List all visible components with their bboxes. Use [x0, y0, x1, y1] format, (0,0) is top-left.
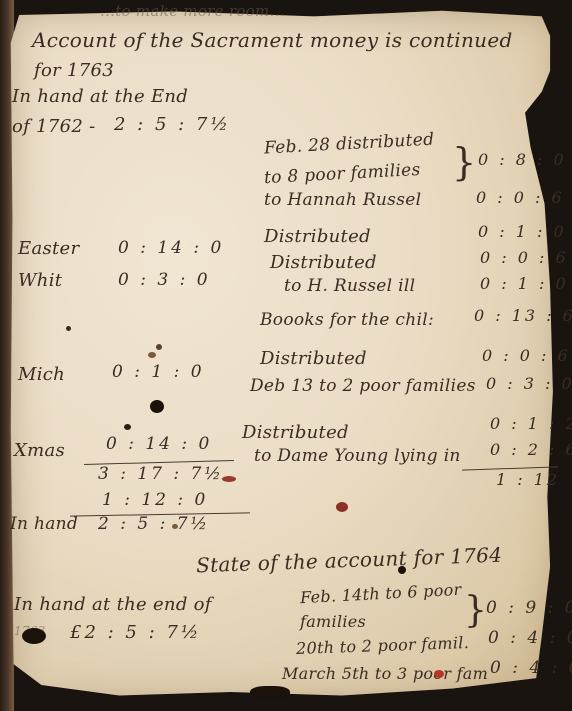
- ink-blot: [250, 686, 290, 700]
- heading-line-1: Account of the Sacrament money is contin…: [32, 28, 513, 52]
- opening-balance-label-1: In hand at the End: [12, 86, 188, 107]
- entry-1764-line: families: [300, 612, 366, 631]
- receipt-label: Xmas: [14, 440, 65, 461]
- disbursement-amount: 0 : 0 : 6: [480, 248, 569, 267]
- disbursement-line: to H. Russel ill: [284, 276, 415, 296]
- brace: }: [464, 590, 487, 631]
- receipt-amount: 0 : 14 : 0: [106, 434, 212, 454]
- disbursement-line: to Dame Young lying in: [254, 446, 461, 466]
- stain: [148, 352, 156, 358]
- scanned-page: ...to make more room... Account of the S…: [0, 0, 572, 711]
- receipt-amount: 0 : 14 : 0: [118, 238, 224, 258]
- receipt-label: Whit: [18, 270, 62, 291]
- red-stain: [222, 476, 236, 482]
- stain: [156, 344, 162, 350]
- disbursement-amount: 0 : 0 : 6: [482, 346, 571, 365]
- receipt-amount: 0 : 3 : 0: [118, 270, 211, 290]
- less-distributed: 1 : 12 : 0: [102, 490, 208, 510]
- entry-1764-line: March 5th to 3 poor fam: [282, 664, 488, 683]
- ink-blot: [398, 566, 406, 574]
- disbursement-line: Distributed: [260, 348, 367, 369]
- disbursement-line: Distributed: [242, 422, 349, 443]
- disbursement-amount: 0 : 1 : 0: [478, 222, 567, 241]
- disbursement-amount: 0 : 1 : 0: [480, 274, 569, 293]
- disbursement-line: Deb 13 to 2 poor families: [250, 376, 476, 396]
- brace: }: [452, 140, 476, 184]
- disbursement-line: to Hannah Russel: [264, 190, 421, 210]
- in-hand-amount: 2 : 5 : 7½: [98, 514, 210, 534]
- stain: [66, 326, 71, 331]
- disbursement-amount: 0 : 2 : 6: [490, 440, 572, 459]
- disbursement-amount: 0 : 3 : 0: [486, 374, 572, 393]
- in-hand-label: In hand: [10, 514, 78, 534]
- stain: [172, 524, 178, 529]
- entry-1764-amount: 0 : 4 : 0: [488, 628, 572, 648]
- opening-1764-label-1: In hand at the end of: [14, 594, 212, 615]
- receipt-amount: 0 : 1 : 0: [112, 362, 205, 382]
- opening-balance-label-2: of 1762 -: [12, 116, 96, 137]
- heading-line-2: for 1763: [34, 60, 114, 81]
- ink-blot: [124, 424, 131, 430]
- opening-1764-amount: £2 : 5 : 7½: [70, 622, 201, 643]
- receipt-label: Easter: [18, 238, 79, 259]
- disbursement-line: Boooks for the chil:: [260, 310, 434, 330]
- cut-top-line: ...to make more room...: [100, 2, 285, 20]
- disbursements-total: 1 : 12: [496, 470, 560, 489]
- disbursement-line: Distributed: [270, 252, 377, 273]
- red-stain: [434, 670, 444, 678]
- receipt-label: Mich: [18, 364, 65, 385]
- entry-1764-amount: 0 : 9 : 0: [486, 598, 572, 618]
- disbursement-amount: 0 : 1 : 2: [490, 414, 572, 433]
- receipts-subtotal: 3 : 17 : 7½: [98, 464, 224, 484]
- disbursement-amount: 0 : 8 : 0: [478, 150, 567, 169]
- ink-blot: [22, 628, 46, 644]
- disbursement-amount: 0 : 0 : 6: [476, 188, 565, 207]
- entry-1764-amount: 0 : 4 : 0: [490, 658, 572, 678]
- disbursement-amount: 0 : 13 : 6: [474, 306, 572, 325]
- red-stain: [336, 502, 348, 512]
- ink-blot: [150, 400, 164, 413]
- opening-balance-amount: 2 : 5 : 7½: [114, 114, 231, 135]
- disbursement-line: Distributed: [264, 226, 371, 247]
